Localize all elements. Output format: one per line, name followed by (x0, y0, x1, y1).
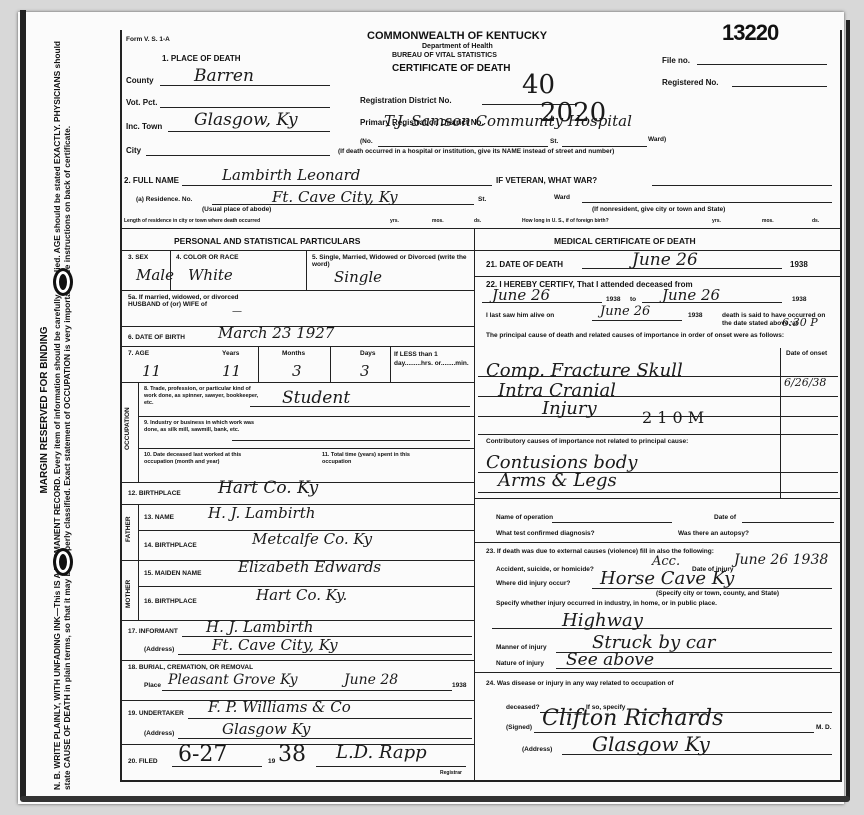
undertaker-value: F. P. Williams & Co (208, 698, 351, 716)
inc-town-value: Glasgow, Ky (194, 110, 298, 130)
physician-signature: Clifton Richards (542, 706, 723, 731)
institution-value: T.J. Samson Community Hospital (384, 112, 632, 130)
yrs-label: yrs. (390, 218, 399, 224)
grid-line (474, 276, 840, 277)
nonresident-note: (If nonresident, give city or town and S… (592, 206, 725, 213)
less-than-day-label: If LESS than 1 day.........hrs. or......… (394, 350, 472, 368)
grid-line (138, 504, 139, 620)
margin-instructions: MARGIN RESERVED FOR BINDING N. B. WRITE … (40, 30, 72, 790)
contributory-line-2: Arms & Legs (498, 470, 617, 491)
full-name-label: 2. FULL NAME (124, 176, 179, 185)
burial-place-label: Place (144, 682, 161, 689)
date-of-death-value: June 26 (632, 250, 698, 270)
inc-town-line (168, 131, 330, 132)
where-value: Horse Cave Ky (600, 568, 734, 589)
document-title: CERTIFICATE OF DEATH (392, 63, 511, 74)
age-years-value: 11 (222, 362, 241, 380)
registrar-line (316, 766, 466, 767)
burial-line (162, 690, 452, 691)
physician-address-label: (Address) (522, 746, 552, 753)
file-no-label: File no. (662, 56, 690, 65)
page-edge-bottom (20, 796, 850, 802)
grid-line (122, 290, 474, 291)
grid-line (478, 492, 838, 493)
dob-value: March 23 1927 (218, 324, 334, 342)
injury-date-value: June 26 1938 (734, 552, 828, 568)
length-residence-label: Length of residence in city or town wher… (124, 218, 260, 224)
burial-year: 1938 (452, 682, 466, 689)
spouse-value: — (232, 306, 242, 317)
personal-section-title: PERSONAL AND STATISTICAL PARTICULARS (174, 236, 360, 246)
medical-section-title: MEDICAL CERTIFICATE OF DEATH (554, 236, 696, 246)
grid-line (330, 346, 331, 382)
grid-line (138, 416, 474, 417)
father-name-value: H. J. Lambirth (208, 504, 315, 522)
informant-value: H. J. Lambirth (206, 618, 313, 636)
trade-value: Student (282, 388, 350, 408)
margin-title: MARGIN RESERVED FOR BINDING (40, 30, 50, 790)
date-of-death-label: 21. DATE OF DEATH (486, 260, 563, 269)
date-of-onset-label: Date of onset (786, 350, 836, 357)
mother-birthplace-label: 16. BIRTHPLACE (144, 598, 197, 605)
foreign-yrs-label: yrs. (712, 218, 721, 224)
autopsy-label: Was there an autopsy? (678, 530, 749, 537)
grid-line (474, 542, 840, 543)
binding-hole-icon (53, 268, 73, 296)
birthplace-value: Hart Co. Ky (218, 478, 318, 498)
institution-note: (If death occurred in a hospital or inst… (338, 148, 614, 155)
nature-value: See above (566, 650, 654, 670)
last-saw-line (592, 320, 682, 321)
attended-from-year: 1938 (606, 296, 620, 303)
where-label: Where did injury occur? (496, 580, 570, 587)
burial-label: 18. BURIAL, CREMATION, OR REMOVAL (128, 664, 253, 671)
cause-line-3: Injury (542, 398, 597, 419)
race-label: 4. COLOR OR RACE (176, 254, 238, 261)
grid-line (170, 250, 171, 290)
file-no-line (697, 64, 827, 65)
st-label: St. (550, 138, 558, 145)
no-label: (No. (360, 138, 373, 145)
operation-line (552, 522, 672, 523)
sex-value: Male (136, 266, 174, 284)
state-name: COMMONWEALTH OF KENTUCKY (367, 30, 547, 42)
mother-name-value: Elizabeth Edwards (238, 558, 381, 576)
attended-to-year: 1938 (792, 296, 806, 303)
father-birthplace-value: Metcalfe Co. Ky (252, 530, 372, 548)
industry-label: 9. Industry or business in which work wa… (144, 420, 264, 434)
contributory-label: Contributory causes of importance not re… (486, 438, 756, 445)
foreign-birth-label: How long in U. S., if of foreign birth? (522, 218, 609, 224)
vot-pct-label: Vot. Pct. (126, 98, 157, 107)
section-divider (122, 228, 840, 229)
md-label: M. D. (816, 724, 832, 731)
grid-line (122, 346, 474, 347)
registrar-signature: L.D. Rapp (336, 742, 427, 763)
department-name: Department of Health (422, 43, 493, 50)
accident-label: Accident, suicide, or homicide? (496, 566, 594, 573)
last-saw-value: June 26 (600, 304, 650, 319)
informant-address-line (178, 654, 472, 655)
attended-from-value: June 26 (492, 286, 550, 304)
total-time-label: 11. Total time (years) spent in this occ… (322, 452, 422, 466)
mos-label: mos. (432, 218, 444, 224)
test-label: What test confirmed diagnosis? (496, 530, 595, 537)
ds-label: ds. (474, 218, 481, 224)
father-birthplace-label: 14. BIRTHPLACE (144, 542, 197, 549)
informant-label: 17. INFORMANT (128, 628, 178, 635)
death-year: 1938 (790, 260, 808, 269)
grid-line (474, 498, 840, 499)
residence-label: (a) Residence. No. (136, 196, 192, 203)
registered-no-line (732, 86, 827, 87)
public-place-line (492, 628, 832, 629)
grid-line (780, 348, 781, 498)
age-years-label: Years (222, 350, 239, 357)
column-divider (474, 228, 475, 780)
dob-label: 6. DATE OF BIRTH (128, 334, 185, 341)
certificate-number: 13220 (722, 20, 778, 46)
cause-line-1: Comp. Fracture Skull (486, 360, 683, 381)
mother-birthplace-value: Hart Co. Ky. (256, 586, 347, 604)
bureau-name: BUREAU OF VITAL STATISTICS (392, 52, 497, 59)
reg-district-value: 40 (522, 70, 555, 100)
to-label: to (630, 296, 636, 303)
vot-pct-line (160, 107, 330, 108)
spouse-label: 5a. If married, widowed, or divorced HUS… (128, 294, 248, 308)
residence-ward-line (582, 202, 832, 203)
page-edge-right (846, 20, 850, 800)
specify-place-label: Specify whether injury occurred in indus… (496, 600, 836, 608)
age-months-value: 3 (292, 362, 302, 380)
county-label: County (126, 76, 154, 85)
full-name-line (182, 185, 492, 186)
filed-date-value: 6-27 (178, 742, 227, 767)
trade-label: 8. Trade, profession, or particular kind… (144, 386, 264, 407)
grid-line (474, 672, 840, 673)
occupation-side-label: OCCUPATION (124, 407, 131, 450)
undertaker-label: 19. UNDERTAKER (128, 710, 184, 717)
undertaker-line (188, 718, 472, 719)
filed-label: 20. FILED (128, 758, 158, 765)
age-value: 11 (142, 362, 161, 380)
filed-year-prefix: 19 (268, 758, 275, 765)
city-line (146, 155, 330, 156)
margin-instructions-text: N. B. WRITE PLAINLY, WITH UNFADING INK—T… (52, 30, 72, 790)
operation-label: Name of operation (496, 514, 553, 521)
form-number: Form V. S. 1-A (126, 36, 170, 43)
public-place-value: Highway (562, 610, 643, 631)
informant-address-label: (Address) (144, 646, 174, 653)
mother-side-label: MOTHER (125, 580, 132, 608)
residence-st-label: St. (478, 196, 486, 203)
operation-date-line (742, 522, 834, 523)
foreign-mos-label: mos. (762, 218, 774, 224)
grid-line (306, 250, 307, 290)
grid-line (122, 660, 474, 661)
foreign-ds-label: ds. (812, 218, 819, 224)
residence-value: Ft. Cave City, Ky (272, 188, 398, 206)
physician-address-value: Glasgow Ky (592, 732, 710, 756)
principal-cause-label: The principal cause of death and related… (486, 332, 836, 340)
industry-line (232, 440, 470, 441)
onset-date-value: 6/26/38 (784, 376, 826, 389)
county-value: Barren (194, 66, 254, 86)
marital-label: 5. Single, Married, Widowed or Divorced … (312, 254, 472, 268)
occupation-related-label: 24. Was disease or injury in any way rel… (486, 680, 674, 687)
binding-edge (20, 10, 26, 800)
death-certificate-form: Form V. S. 1-A 1. PLACE OF DEATH COMMONW… (120, 30, 842, 782)
st-line (562, 146, 647, 147)
age-label: 7. AGE (128, 350, 149, 357)
father-side-label: FATHER (125, 516, 132, 542)
age-days-value: 3 (360, 362, 370, 380)
nature-label: Nature of injury (496, 660, 544, 667)
burial-date-value: June 28 (344, 672, 398, 688)
last-saw-label: I last saw him alive on (486, 312, 554, 319)
attended-to-value: June 26 (662, 286, 720, 304)
last-saw-year: 1938 (688, 312, 702, 319)
inc-town-label: Inc. Town (126, 122, 162, 131)
operation-date-label: Date of (714, 514, 736, 521)
grid-line (138, 448, 474, 449)
registered-no-label: Registered No. (662, 78, 718, 87)
grid-line (258, 346, 259, 382)
grid-line (390, 346, 391, 382)
mother-name-label: 15. MAIDEN NAME (144, 570, 201, 577)
sex-label: 3. SEX (128, 254, 148, 261)
ward-label: Ward) (648, 136, 666, 143)
residence-sub-label: (Usual place of abode) (202, 206, 271, 213)
race-value: White (188, 266, 233, 284)
grid-line (478, 434, 838, 435)
no-line (378, 146, 548, 147)
full-name-value: Lambirth Leonard (222, 166, 360, 184)
undertaker-address-line (178, 738, 472, 739)
city-label: City (126, 146, 141, 155)
manner-label: Manner of injury (496, 644, 547, 651)
filed-year-value: 38 (278, 742, 306, 767)
last-worked-label: 10. Date deceased last worked at this oc… (144, 452, 264, 466)
residence-ward-label: Ward (554, 194, 570, 201)
undertaker-address-label: (Address) (144, 730, 174, 737)
registrar-label: Registrar (440, 770, 462, 776)
grid-line (122, 382, 474, 383)
veteran-label: IF VETERAN, WHAT WAR? (496, 176, 597, 185)
binding-hole-icon (53, 548, 73, 576)
age-months-label: Months (282, 350, 305, 357)
burial-place-value: Pleasant Grove Ky (168, 672, 298, 688)
reg-district-label: Registration District No. (360, 96, 452, 105)
birthplace-label: 12. BIRTHPLACE (128, 490, 181, 497)
informant-address-value: Ft. Cave City, Ky (212, 636, 338, 654)
section-header-divider (122, 250, 840, 251)
accident-value: Acc. (652, 554, 680, 569)
undertaker-address-value: Glasgow Ky (222, 720, 310, 738)
where-note: (Specify city or town, county, and State… (656, 590, 779, 597)
marital-value: Single (334, 268, 382, 286)
signed-label: (Signed) (506, 724, 532, 731)
grid-line (138, 382, 139, 482)
veteran-line (652, 185, 832, 186)
place-of-death-heading: 1. PLACE OF DEATH (162, 54, 241, 63)
death-time-value: 6:30 P (782, 316, 818, 329)
age-days-label: Days (360, 350, 376, 357)
father-name-label: 13. NAME (144, 514, 174, 521)
deceased-label: deceased? (506, 704, 540, 711)
cause-note: 2 1 0 M (642, 408, 704, 427)
